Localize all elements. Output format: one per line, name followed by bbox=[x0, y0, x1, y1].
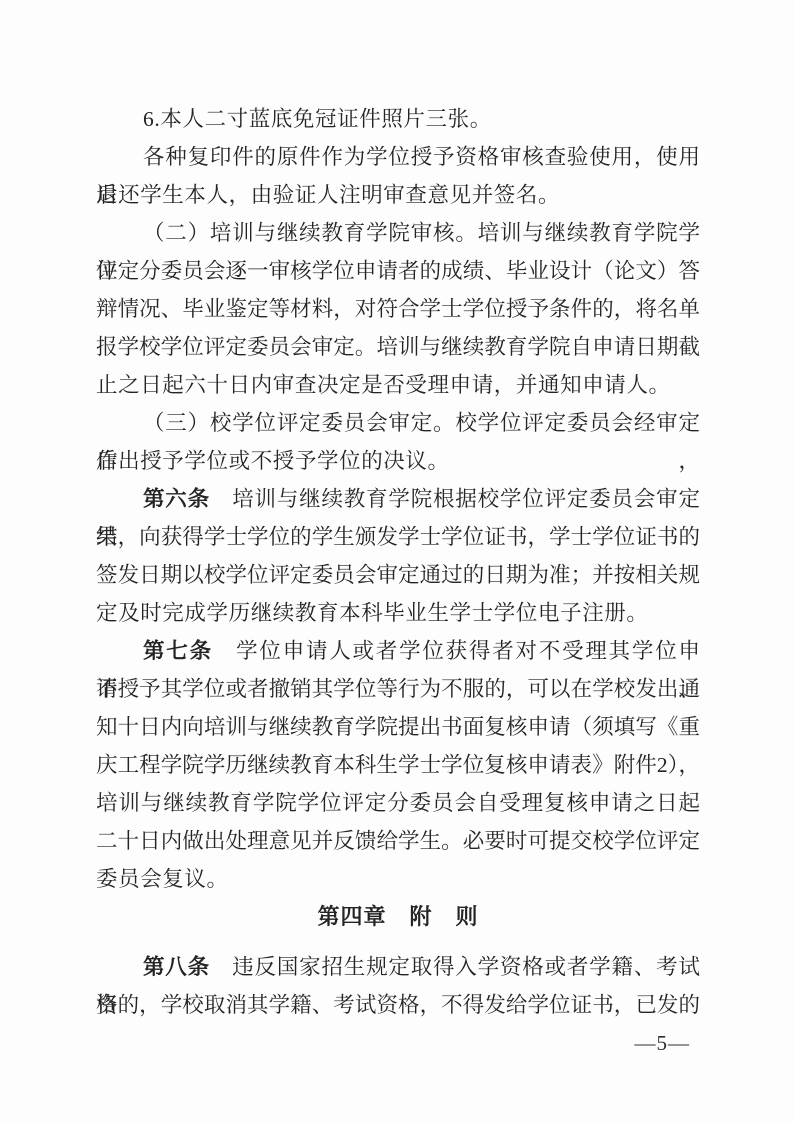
paragraph-line: 二十日内做出处理意见并反馈给学生。必要时可提交校学位评定 bbox=[96, 822, 700, 860]
paragraph-line: 退还学生本人，由验证人注明审查意见并签名。 bbox=[96, 176, 700, 214]
paragraph-line: 不授予其学位或者撤销其学位等行为不服的，可以在学校发出通 bbox=[96, 670, 700, 708]
paragraph-line: 评定分委员会逐一审核学位申请者的成绩、毕业设计（论文）答 bbox=[96, 252, 700, 290]
paragraph-line: 果，向获得学士学位的学生颁发学士学位证书，学士学位证书的 bbox=[96, 518, 700, 556]
paragraph-line: 知十日内向培训与继续教育学院提出书面复核申请（须填写《重 bbox=[96, 708, 700, 746]
paragraph-line: 签发日期以校学位评定委员会审定通过的日期为准；并按相关规 bbox=[96, 556, 700, 594]
paragraph-line: 庆工程学院学历继续教育本科生学士学位复核申请表》附件2）， bbox=[96, 746, 700, 784]
paragraph-line: 各种复印件的原件作为学位授予资格审核查验使用，使用后 bbox=[96, 138, 700, 176]
paragraph-line: 第六条 培训与继续教育学院根据校学位评定委员会审定结 bbox=[96, 480, 700, 518]
paragraph-line: 第七条 学位申请人或者学位获得者对不受理其学位申请、 bbox=[96, 632, 700, 670]
paragraph-line: （二）培训与继续教育学院审核。培训与继续教育学院学位 bbox=[96, 214, 700, 252]
document-body: 6.本人二寸蓝底免冠证件照片三张。 各种复印件的原件作为学位授予资格审核查验使用… bbox=[96, 100, 700, 1024]
paragraph-line: 6.本人二寸蓝底免冠证件照片三张。 bbox=[96, 100, 700, 138]
paragraph-line: 培训与继续教育学院学位评定分委员会自受理复核申请之日起 bbox=[96, 784, 700, 822]
document-page: 6.本人二寸蓝底免冠证件照片三张。 各种复印件的原件作为学位授予资格审核查验使用… bbox=[0, 0, 794, 1122]
paragraph-line: 格的，学校取消其学籍、考试资格，不得发给学位证书，已发的 bbox=[96, 986, 700, 1024]
paragraph-line: （三）校学位评定委员会审定。校学位评定委员会经审定后， bbox=[96, 404, 700, 442]
paragraph-line: 止之日起六十日内审查决定是否受理申请，并通知申请人。 bbox=[96, 366, 700, 404]
article-number: 第七条 bbox=[143, 639, 213, 663]
paragraph-line: 定及时完成学历继续教育本科毕业生学士学位电子注册。 bbox=[96, 594, 700, 632]
article-number: 第六条 bbox=[143, 487, 210, 511]
paragraph-line: 第八条 违反国家招生规定取得入学资格或者学籍、考试资 bbox=[96, 948, 700, 986]
chapter-heading: 第四章 附 则 bbox=[96, 898, 700, 936]
page-number: —5— bbox=[635, 1031, 691, 1056]
article-number: 第八条 bbox=[143, 955, 210, 979]
paragraph-line: 报学校学位评定委员会审定。培训与继续教育学院自申请日期截 bbox=[96, 328, 700, 366]
paragraph-line: 辩情况、毕业鉴定等材料，对符合学士学位授予条件的，将名单 bbox=[96, 290, 700, 328]
paragraph-line: 委员会复议。 bbox=[96, 860, 700, 898]
